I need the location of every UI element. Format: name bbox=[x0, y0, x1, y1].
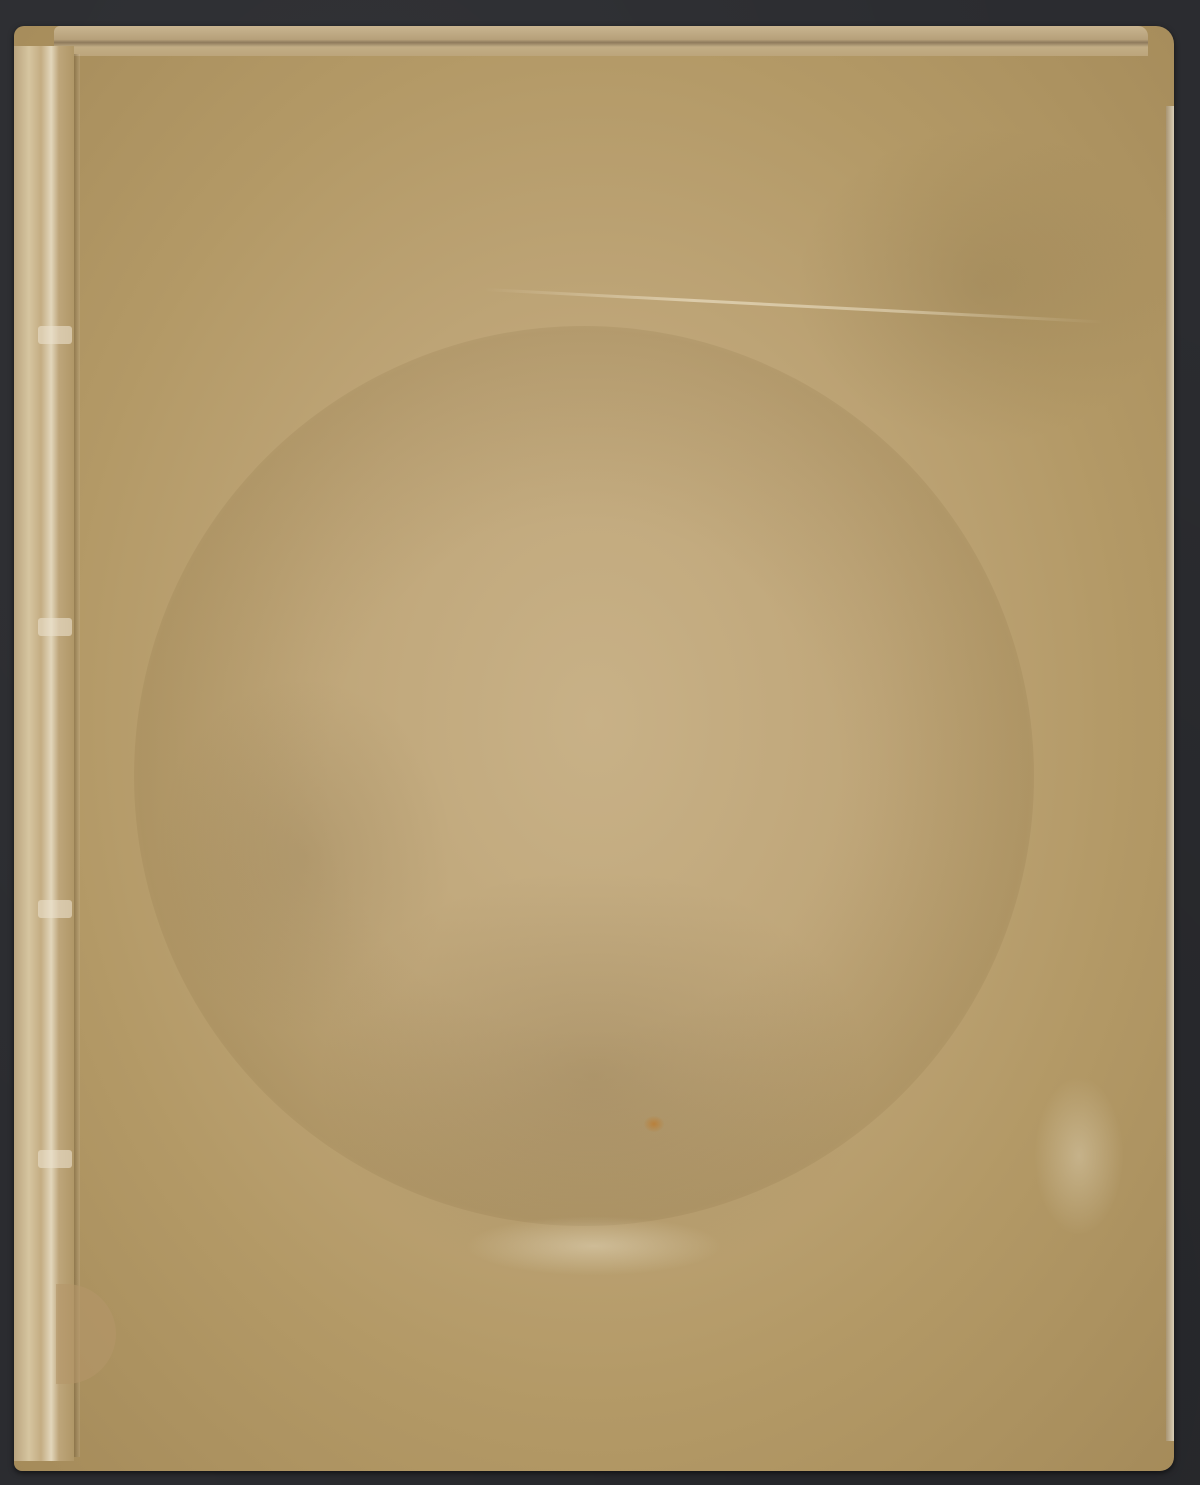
spine-tie-mark bbox=[38, 900, 72, 918]
stain bbox=[794, 126, 1174, 446]
worn-spot bbox=[1034, 1076, 1124, 1236]
book-cover bbox=[14, 26, 1174, 1471]
stain bbox=[134, 326, 1034, 1226]
stain bbox=[314, 866, 874, 1286]
spine-patch bbox=[56, 1284, 116, 1384]
spine-tie-mark bbox=[38, 618, 72, 636]
spine-tie-mark bbox=[38, 1150, 72, 1168]
spine-fold bbox=[74, 54, 80, 1457]
rust-spot bbox=[644, 1116, 664, 1132]
book-spine bbox=[14, 46, 74, 1461]
worn-spot bbox=[464, 1216, 724, 1276]
stain bbox=[154, 676, 454, 1036]
cover-top-edge bbox=[54, 26, 1148, 56]
page-edge bbox=[1166, 106, 1174, 1441]
cover-crease bbox=[484, 288, 1103, 323]
spine-tie-mark bbox=[38, 326, 72, 344]
